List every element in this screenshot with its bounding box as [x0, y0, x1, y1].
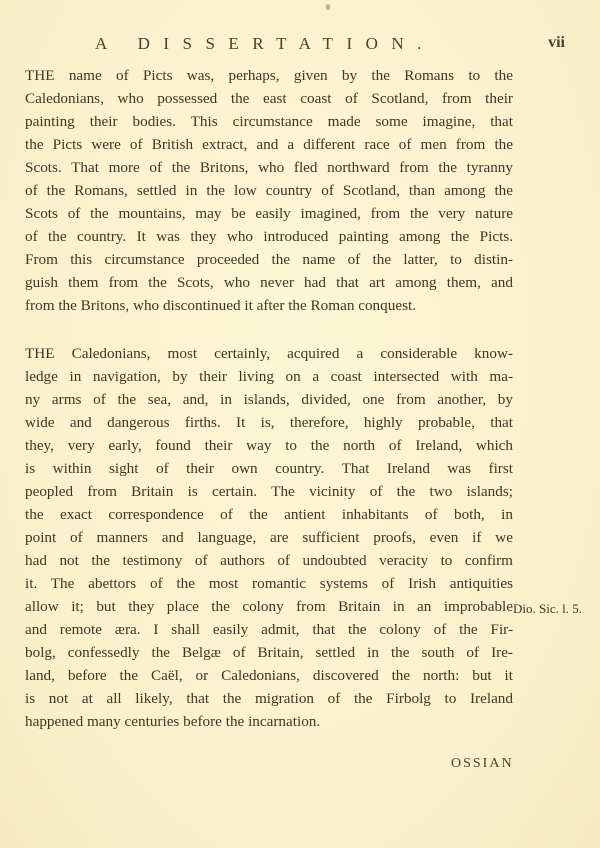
page-number: vii — [548, 34, 565, 52]
text-line: they, very early, found their way to the… — [25, 434, 513, 457]
text-line: and remote æra. I shall easily admit, th… — [25, 618, 513, 641]
catchword: OSSIAN — [451, 756, 514, 772]
text-line: from the Britons, who discontinued it af… — [25, 294, 513, 317]
text-line: painting their bodies. This circumstance… — [25, 110, 513, 133]
text-line: guish them from the Scots, who never had… — [25, 271, 513, 294]
text-line: THE name of Picts was, perhaps, given by… — [25, 64, 513, 87]
paragraph-caledonians: THE Caledonians, most certainly, acquire… — [25, 342, 513, 733]
text-line: happened many centuries before the incar… — [25, 710, 513, 733]
text-line: Scots. That more of the Britons, who fle… — [25, 156, 513, 179]
text-line: allow it; but they place the colony from… — [25, 595, 513, 618]
page-body: THE name of Picts was, perhaps, given by… — [25, 64, 513, 763]
text-line: Scots of the mountains, may be easily im… — [25, 202, 513, 225]
text-line: ny arms of the sea, and, in islands, div… — [25, 388, 513, 411]
text-line: land, before the Caël, or Caledonians, d… — [25, 664, 513, 687]
text-line: THE Caledonians, most certainly, acquire… — [25, 342, 513, 365]
book-page: A DISSERTATION. vii THE name of Picts wa… — [0, 0, 600, 848]
text-line: the exact correspondence of the antient … — [25, 503, 513, 526]
page-header: A DISSERTATION. vii — [95, 34, 575, 56]
text-line: of the country. It was they who introduc… — [25, 225, 513, 248]
text-line: ledge in navigation, by their living on … — [25, 365, 513, 388]
text-line: Caledonians, who possessed the east coas… — [25, 87, 513, 110]
text-line: is not at all likely, that the migration… — [25, 687, 513, 710]
running-title: A DISSERTATION. — [95, 34, 435, 54]
text-line: bolg, confessedly the Belgæ of Britain, … — [25, 641, 513, 664]
text-line: it. The abettors of the most romantic sy… — [25, 572, 513, 595]
marginal-citation: Dio. Sic. l. 5. — [513, 601, 582, 617]
text-line: wide and dangerous firths. It is, theref… — [25, 411, 513, 434]
ink-spot — [326, 4, 330, 10]
text-line: had not the testimony of authors of undo… — [25, 549, 513, 572]
text-line: point of manners and language, are suffi… — [25, 526, 513, 549]
text-line: From this circumstance proceeded the nam… — [25, 248, 513, 271]
paragraph-picts: THE name of Picts was, perhaps, given by… — [25, 64, 513, 317]
text-line: peopled from Britain is certain. The vic… — [25, 480, 513, 503]
text-line: of the Romans, settled in the low countr… — [25, 179, 513, 202]
text-line: the Picts were of British extract, and a… — [25, 133, 513, 156]
text-line: is within sight of their own country. Th… — [25, 457, 513, 480]
